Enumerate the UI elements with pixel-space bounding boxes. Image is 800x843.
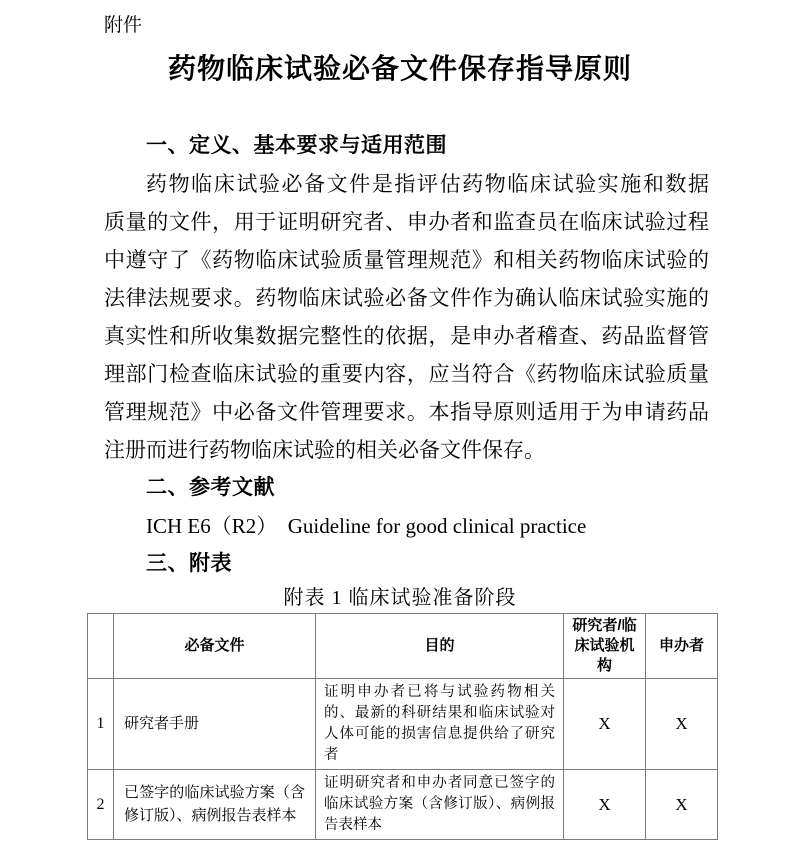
paragraph-line: 管理规范》中必备文件管理要求。本指导原则适用于为申请药品 (104, 393, 709, 431)
header-investigator-cell: 研究者/临床试验机构 (564, 614, 646, 679)
paragraph-line: 理部门检查临床试验的重要内容，应当符合《药物临床试验质量 (104, 355, 709, 393)
section3-heading: 三、附表 (146, 545, 800, 583)
purpose-cell: 证明研究者和申办者同意已签字的临床试验方案（含修订版）、病例报告表样本 (316, 770, 564, 840)
investigator-mark-cell: X (564, 770, 646, 840)
sponsor-mark-cell: X (646, 679, 718, 770)
document-cell: 已签字的临床试验方案（含修订版）、病例报告表样本 (114, 770, 316, 840)
paragraph-line: 中遵守了《药物临床试验质量管理规范》和相关药物临床试验的 (104, 241, 709, 279)
paragraph-line: 注册而进行药物临床试验的相关必备文件保存。 (104, 431, 709, 469)
section2-heading: 二、参考文献 (146, 469, 800, 507)
appendix-table: 必备文件 目的 研究者/临床试验机构 申办者 1研究者手册证明申办者已将与试验药… (87, 613, 718, 840)
investigator-mark-cell: X (564, 679, 646, 770)
document-title: 药物临床试验必备文件保存指导原则 (0, 51, 800, 86)
header-document-cell: 必备文件 (114, 614, 316, 679)
header-sponsor-cell: 申办者 (646, 614, 718, 679)
document-page: 附件 药物临床试验必备文件保存指导原则 一、定义、基本要求与适用范围 药物临床试… (0, 0, 800, 843)
section1-heading: 一、定义、基本要求与适用范围 (146, 127, 800, 165)
header-purpose-cell: 目的 (316, 614, 564, 679)
table-row: 1研究者手册证明申办者已将与试验药物相关的、最新的科研结果和临床试验对人体可能的… (88, 679, 718, 770)
purpose-cell: 证明申办者已将与试验药物相关的、最新的科研结果和临床试验对人体可能的损害信息提供… (316, 679, 564, 770)
paragraph-line: 法律法规要求。药物临床试验必备文件作为确认临床试验实施的 (104, 279, 709, 317)
appendix-table-caption: 附表 1 临床试验准备阶段 (0, 583, 800, 613)
paragraph-line: 质量的文件，用于证明研究者、申办者和监查员在临床试验过程 (104, 203, 709, 241)
appendix-table-body: 1研究者手册证明申办者已将与试验药物相关的、最新的科研结果和临床试验对人体可能的… (88, 679, 718, 840)
document-cell: 研究者手册 (114, 679, 316, 770)
reference-ich-e6: ICH E6（R2） Guideline for good clinical p… (146, 507, 800, 545)
row-number-cell: 1 (88, 679, 114, 770)
table-header-row: 必备文件 目的 研究者/临床试验机构 申办者 (88, 614, 718, 679)
attachment-label: 附件 (104, 0, 800, 38)
table-row: 2已签字的临床试验方案（含修订版）、病例报告表样本证明研究者和申办者同意已签字的… (88, 770, 718, 840)
section1-paragraph: 药物临床试验必备文件是指评估药物临床试验实施和数据质量的文件，用于证明研究者、申… (104, 165, 709, 469)
header-index-cell (88, 614, 114, 679)
row-number-cell: 2 (88, 770, 114, 840)
sponsor-mark-cell: X (646, 770, 718, 840)
paragraph-line: 药物临床试验必备文件是指评估药物临床试验实施和数据 (104, 165, 709, 203)
paragraph-line: 真实性和所收集数据完整性的依据，是申办者稽查、药品监督管 (104, 317, 709, 355)
